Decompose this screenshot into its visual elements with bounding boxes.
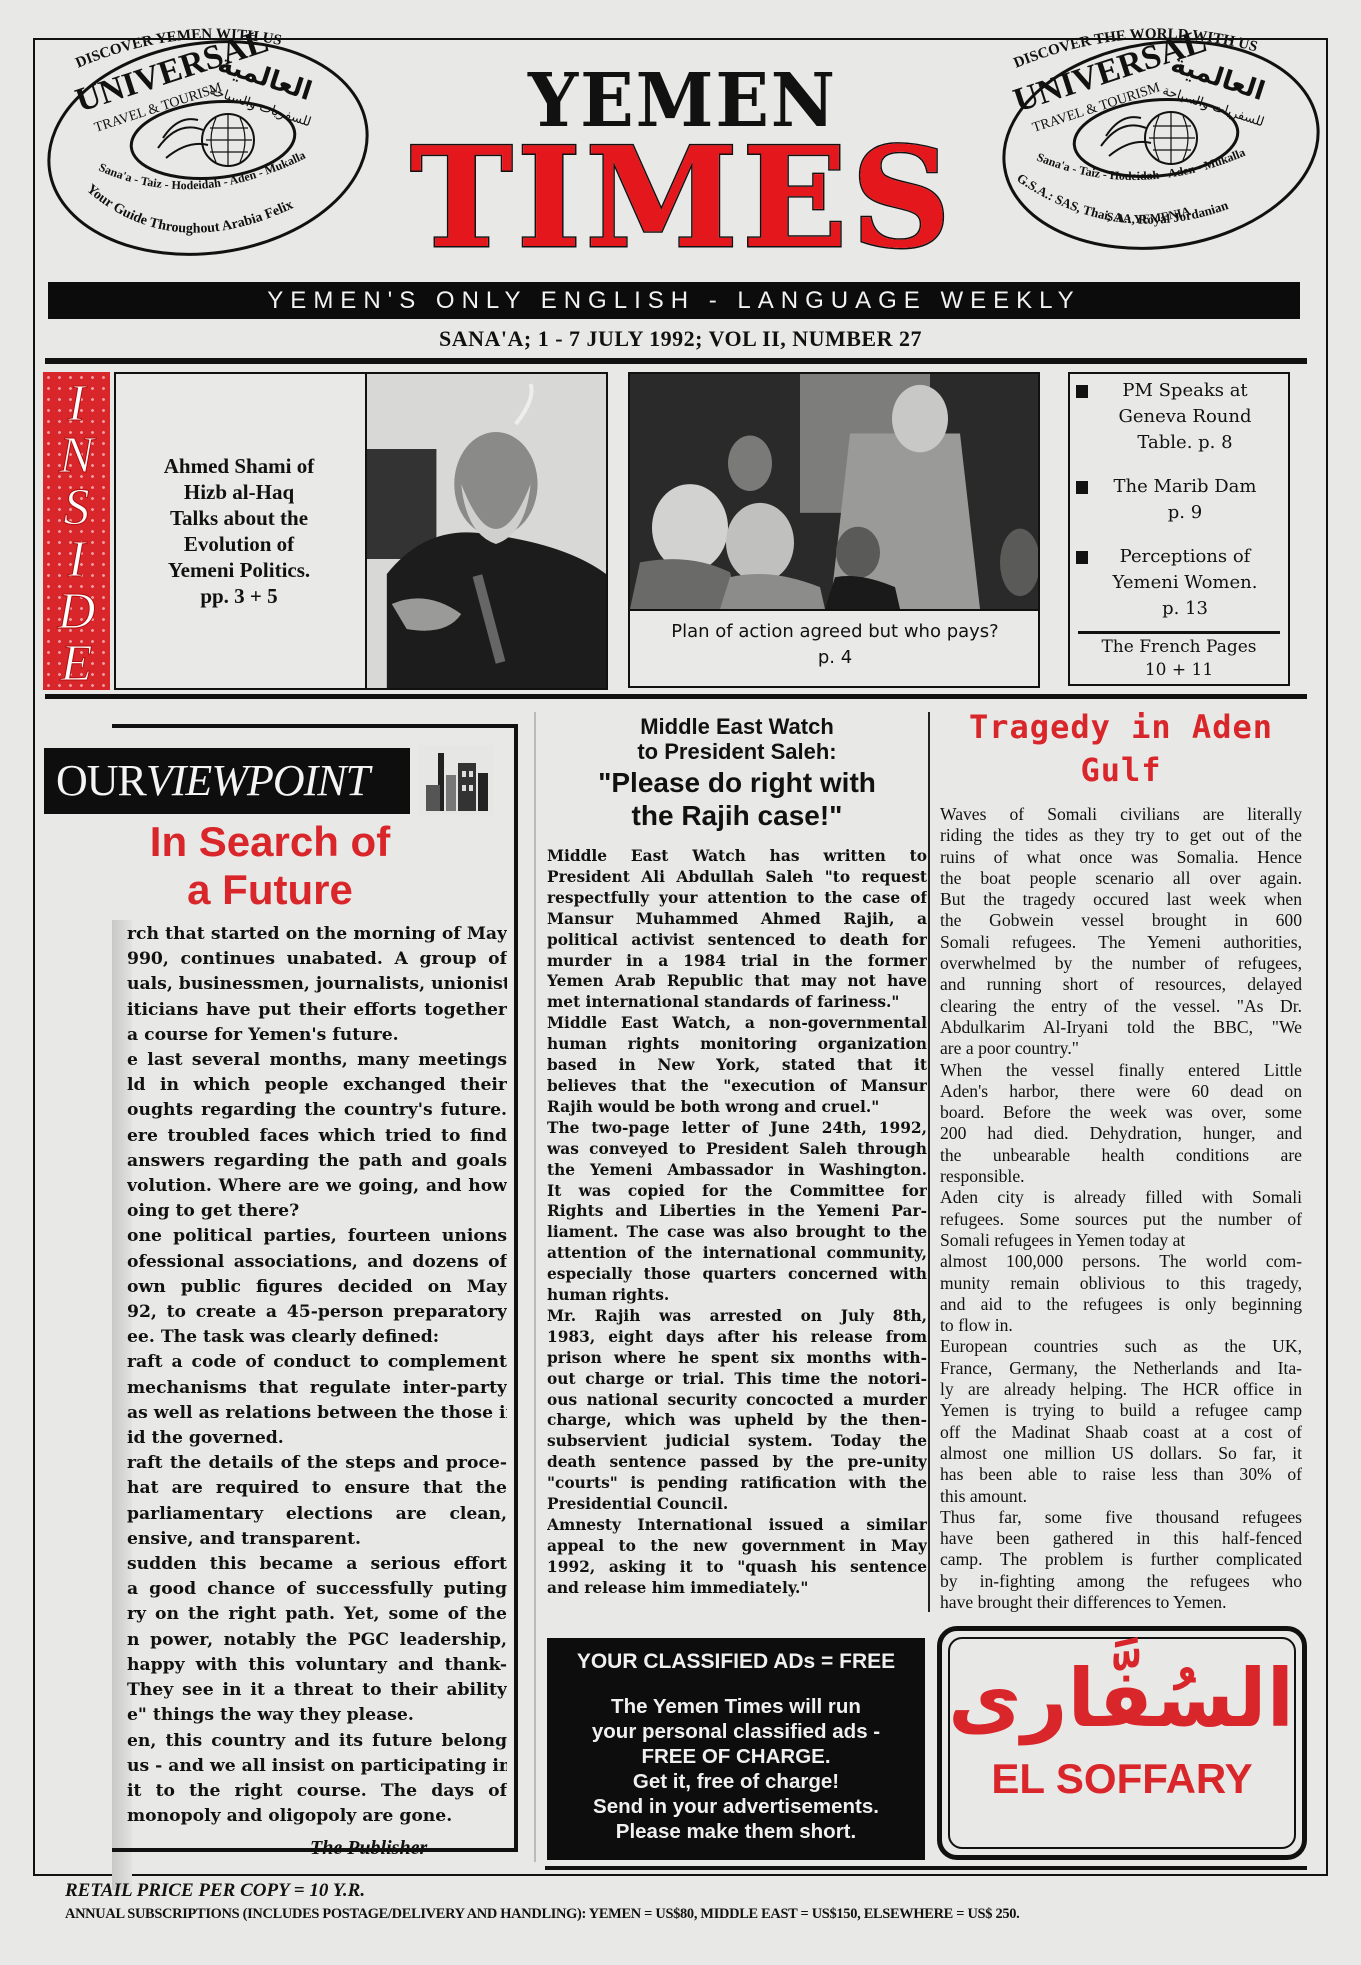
body-line: the unbearable health conditions are (940, 1145, 1302, 1166)
inside-label: I N S I D E (43, 372, 110, 690)
square-bullet-icon (1076, 385, 1088, 398)
body-line: hat are required to ensure that the (127, 1476, 507, 1501)
travel-logo-emblem-icon: DISCOVER YEMEN WITH US UNIVERSAL TRAVEL … (38, 20, 373, 260)
body-line: responsible. (940, 1166, 1302, 1187)
body-line: ee. The task was clearly defined: (127, 1325, 507, 1350)
toc-item[interactable]: PM Speaks at Geneva Round Table. p. 8 (1076, 378, 1282, 456)
body-line: murder in a 1984 trial in the former (547, 951, 927, 972)
soffary-latin-logo: EL SOFFARY (950, 1755, 1294, 1803)
svg-text:Sana'a - Taiz - Hodeidah - Ade: Sana'a - Taiz - Hodeidah - Aden - Mukall… (1035, 145, 1247, 183)
body-line: prison where he spent six months with- (547, 1348, 927, 1369)
body-line: the Gobwein vessel brought in 600 (940, 910, 1302, 931)
body-line: have brought their differences to Yemen. (940, 1592, 1302, 1613)
body-line: Presidential Council. (547, 1494, 927, 1515)
body-line: They see in it a threat to their ability (127, 1678, 507, 1703)
body-line: Rajih would be both wrong and cruel." (547, 1097, 927, 1118)
body-line: overwhelmed by the number of refugees, (940, 953, 1302, 974)
body-line: ruins of what once was Somalia. Hence (940, 847, 1302, 868)
section-divider (45, 694, 1307, 699)
body-line: Middle East Watch, a non-governmental (547, 1013, 927, 1034)
body-line: liament. The case was also brought to th… (547, 1222, 927, 1243)
photo-conference-group (630, 374, 1038, 611)
body-line: European countries such as the UK, (940, 1336, 1302, 1357)
toc-line: Yemeni Women. (1088, 570, 1282, 596)
toc-line: 10 + 11 (1078, 659, 1280, 682)
body-line: ly are already helping. The HCR office i… (940, 1379, 1302, 1400)
body-line: Abdulkarim Al-Iryani told the BBC, "We (940, 1017, 1302, 1038)
body-line: President Ali Abdullah Saleh "to request (547, 867, 927, 888)
body-line: attention of the international community… (547, 1243, 927, 1264)
classified-ads-promo: YOUR CLASSIFIED ADs = FREE The Yemen Tim… (547, 1638, 925, 1860)
article-body: Middle East Watch has written toPresiden… (547, 846, 927, 1599)
promo-line: Please make them short. (547, 1819, 925, 1844)
body-line: ensive, and transparent. (127, 1527, 507, 1552)
body-line: appeal to the new government in May (547, 1536, 927, 1557)
middle-east-watch-article: Middle East Watch to President Saleh: "P… (547, 714, 927, 1599)
body-line: e last several months, many meetings (127, 1048, 507, 1073)
body-line: Somali refugees. The Yemeni authorities, (940, 932, 1302, 953)
headline-line: Gulf (940, 749, 1302, 792)
teaser-line: Hizb al-Haq (164, 479, 315, 505)
subscription-rates: ANNUAL SUBSCRIPTIONS (INCLUDES POSTAGE/D… (65, 1906, 1019, 1923)
body-line: are a poor country." (940, 1038, 1302, 1059)
body-line: sudden this became a serious effort (127, 1552, 507, 1577)
body-line: Mansur Muhammed Ahmed Rajih, a (547, 909, 927, 930)
body-line: this amount. (940, 1486, 1302, 1507)
body-line: oughts regarding the country's future. (127, 1098, 507, 1123)
photo-ahmed-shami (365, 374, 606, 688)
body-line: especially those quarters concerned with (547, 1264, 927, 1285)
kicker-line: Middle East Watch (547, 714, 927, 739)
soffary-arabic-logo: السُفَّارى (950, 1643, 1294, 1755)
body-line: 92, to create a 45-person preparatory (127, 1300, 507, 1325)
body-line: Aden city is already filled with Somali (940, 1187, 1302, 1208)
column-divider (534, 712, 536, 1862)
body-line: n power, notably the PGC leadership, (127, 1628, 507, 1653)
toc-line: PM Speaks at (1088, 378, 1282, 404)
body-line: Yemen is trying to build a refugee camp (940, 1400, 1302, 1421)
tagline-text: YEMEN'S ONLY ENGLISH - LANGUAGE WEEKLY (267, 287, 1080, 315)
headline-line: a Future (100, 866, 440, 914)
teaser-line: Yemeni Politics. (164, 557, 315, 583)
promo-line: Get it, free of charge! (547, 1769, 925, 1794)
inside-letter: N (59, 430, 94, 482)
body-line: 1992, asking it to "quash his sentence (547, 1557, 927, 1578)
body-line: was conveyed to President Saleh through (547, 1139, 927, 1160)
body-line: ld in which people exchanged their (127, 1073, 507, 1098)
retail-price: RETAIL PRICE PER COPY = 10 Y.R. (65, 1880, 365, 1902)
body-line: "courts" is pending ratification with th… (547, 1473, 927, 1494)
body-line: ere troubled faces which tried to find (127, 1124, 507, 1149)
inside-table-of-contents: PM Speaks at Geneva Round Table. p. 8 Th… (1068, 372, 1290, 686)
body-line: iticians have put their efforts together (127, 998, 507, 1023)
body-line: and aid to the refugees is only beginnin… (940, 1294, 1302, 1315)
tragedy-aden-article: Tragedy in Aden Gulf Waves of Somali civ… (940, 706, 1302, 1613)
body-line: mechanisms that regulate inter-party (127, 1376, 507, 1401)
column-divider (928, 712, 930, 1612)
article-body: Waves of Somali civilians are literallyr… (940, 804, 1302, 1613)
promo-line: The Yemen Times will run (547, 1694, 925, 1719)
body-line: the Yemeni Ambassador in Washington. (547, 1160, 927, 1181)
toc-french-pages[interactable]: The French Pages 10 + 11 (1078, 631, 1280, 682)
body-line: death sentence passed by the pre-unity (547, 1452, 927, 1473)
article-kicker: Middle East Watch to President Saleh: (547, 714, 927, 764)
inside-letter: D (58, 586, 96, 638)
body-line: human rights monitoring organization (547, 1034, 927, 1055)
body-line: monopoly and oligopoly are gone. (127, 1804, 507, 1829)
svg-text:Sana'a - Taiz - Hodeidah - Ade: Sana'a - Taiz - Hodeidah - Aden - Mukall… (97, 148, 308, 192)
body-line: and running short of resources, delayed (940, 974, 1302, 995)
teaser-caption: Plan of action agreed but who pays? (632, 619, 1038, 645)
body-line: When the vessel finally entered Little (940, 1060, 1302, 1081)
body-line: rch that started on the morning of May (127, 922, 507, 947)
body-line: have been gathered in this half-fenced (940, 1528, 1302, 1549)
body-line: own public figures decided on May (127, 1275, 507, 1300)
square-bullet-icon (1076, 551, 1088, 564)
body-line: Mr. Rajih was arrested on July 8th, (547, 1306, 927, 1327)
body-line: a course for Yemen's future. (127, 1023, 507, 1048)
teaser-line: Ahmed Shami of (164, 453, 315, 479)
inside-letter: I (68, 378, 85, 430)
kicker-line: to President Saleh: (547, 739, 927, 764)
body-line: us - and we all insist on participating … (127, 1754, 507, 1779)
section-divider (45, 358, 1307, 364)
body-line: as well as relations between the those i… (127, 1401, 507, 1426)
viewpoint-body: rch that started on the morning of May99… (127, 922, 507, 1829)
viewpoint-banner: OURVIEWPOINT (44, 748, 410, 814)
body-line: parliamentary elections are clean, (127, 1502, 507, 1527)
body-line: Amnesty International issued a similar (547, 1515, 927, 1536)
body-line: But the tragedy occured last week when (940, 889, 1302, 910)
body-line: met international standards of fariness.… (547, 992, 927, 1013)
body-line: refugees. Some sources put the number of (940, 1209, 1302, 1230)
body-line: to flow in. (940, 1315, 1302, 1336)
body-line: subservient judicial system. Today the (547, 1431, 927, 1452)
el-soffary-ad: السُفَّارى EL SOFFARY (937, 1626, 1307, 1860)
body-line: one political parties, fourteen unions (127, 1224, 507, 1249)
body-line: ous national security concocted a murder (547, 1390, 927, 1411)
body-line: clearing the entry of the vessel. "As Dr… (940, 996, 1302, 1017)
toc-line: Geneva Round (1088, 404, 1282, 430)
body-line: human rights. (547, 1285, 927, 1306)
headline-line: In Search of (100, 818, 440, 866)
body-line: charge, which was upheld by the then- (547, 1410, 927, 1431)
square-bullet-icon (1076, 481, 1088, 494)
body-line: out charge or trial. This time the notor… (547, 1369, 927, 1390)
body-line: off the Madinat Shaab coast at a cost of (940, 1422, 1302, 1443)
body-line: happy with this voluntary and thank- (127, 1653, 507, 1678)
body-line: camp. The problem is further complicated (940, 1549, 1302, 1570)
masthead: YEMEN TIMES (405, 40, 960, 280)
body-line: oing to get there? (127, 1199, 507, 1224)
section-divider (545, 1866, 1307, 1870)
body-line: Middle East Watch has written to (547, 846, 927, 867)
toc-line: p. 13 (1088, 596, 1282, 622)
body-line: 200 had died. Dehydration, hunger, and (940, 1123, 1302, 1144)
promo-header: YOUR CLASSIFIED ADs = FREE (547, 1650, 925, 1674)
body-line: Aden's harbor, there were 60 dead on (940, 1081, 1302, 1102)
body-line: 1983, eight days after his release from (547, 1327, 927, 1348)
body-line: the boat people scenario all over again. (940, 868, 1302, 889)
toc-line: p. 9 (1088, 500, 1282, 526)
body-line: respectfully your attention to the case … (547, 888, 927, 909)
body-line: munity remain oblivious to this tragedy, (940, 1273, 1302, 1294)
building-sketch-icon (418, 745, 493, 815)
toc-line: Perceptions of (1088, 544, 1282, 570)
article-headline: "Please do right with the Rajih case!" (547, 766, 927, 832)
body-line: a good chance of successfully puting (127, 1577, 507, 1602)
body-line: Somali refugees in Yemen today at (940, 1230, 1302, 1251)
body-line: almost one million US dollars. So far, i… (940, 1443, 1302, 1464)
body-line: it to the right course. The days of (127, 1779, 507, 1804)
body-line: e" things the way they please. (127, 1703, 507, 1728)
body-line: en, this country and its future belong (127, 1729, 507, 1754)
body-line: political activist sentenced to death fo… (547, 930, 927, 951)
universal-travel-ad-left: DISCOVER YEMEN WITH US UNIVERSAL TRAVEL … (38, 20, 373, 260)
banner-text-viewpoint: VIEWPOINT (146, 756, 369, 805)
headline-line: Tragedy in Aden (940, 706, 1302, 749)
toc-line: The French Pages (1078, 636, 1280, 659)
issue-date-line: SANA'A; 1 - 7 JULY 1992; VOL II, NUMBER … (0, 326, 1361, 352)
teaser-line: Talks about the (164, 505, 315, 531)
body-line: almost 100,000 persons. The world com- (940, 1251, 1302, 1272)
body-line: Rights and Liberties in the Yemeni Par- (547, 1201, 927, 1222)
headline-line: the Rajih case!" (547, 799, 927, 832)
viewpoint-signature: The Publisher (310, 1837, 427, 1860)
body-line: volution. Where are we going, and how (127, 1174, 507, 1199)
body-line: 990, continues unabated. A group of (127, 947, 507, 972)
body-line: by in-fighting among the refugees who (940, 1571, 1302, 1592)
tagline-bar: YEMEN'S ONLY ENGLISH - LANGUAGE WEEKLY (48, 282, 1300, 319)
body-line: raft the details of the steps and proce- (127, 1451, 507, 1476)
article-headline: Tragedy in Aden Gulf (940, 706, 1302, 792)
body-line: answers regarding the path and goals (127, 1149, 507, 1174)
masthead-title-times: TIMES (405, 118, 960, 278)
toc-item[interactable]: Perceptions of Yemeni Women. p. 13 (1076, 544, 1282, 622)
inside-letter: E (61, 638, 93, 690)
inside-story-2-teaser[interactable]: Plan of action agreed but who pays? p. 4 (632, 613, 1038, 685)
body-line: ry on the right path. Yet, some of the (127, 1602, 507, 1627)
banner-text-our: OUR (56, 756, 146, 805)
headline-line: "Please do right with (547, 766, 927, 799)
body-line: believes that the "execution of Mansur (547, 1076, 927, 1097)
body-line: Thus far, some five thousand refugees (940, 1507, 1302, 1528)
inside-story-1-teaser[interactable]: Ahmed Shami of Hizb al-Haq Talks about t… (118, 372, 360, 690)
universal-travel-ad-right: DISCOVER THE WORLD WITH US UNIVERSAL TRA… (996, 20, 1331, 260)
body-line: based in New York, stated that it (547, 1055, 927, 1076)
body-line: France, Germany, the Netherlands and Ita… (940, 1358, 1302, 1379)
promo-line: Send in your advertisements. (547, 1794, 925, 1819)
travel-logo-emblem-icon: DISCOVER THE WORLD WITH US UNIVERSAL TRA… (996, 20, 1331, 260)
body-line: has been able to raise less than 30% of (940, 1464, 1302, 1485)
toc-item[interactable]: The Marib Dam p. 9 (1076, 474, 1282, 526)
inside-letter: S (64, 482, 90, 534)
body-line: board. Before the week was over, some (940, 1102, 1302, 1123)
body-line: Yemen Arab Republic that may not have (547, 971, 927, 992)
viewpoint-headline: In Search of a Future (100, 818, 440, 914)
body-line: uals, businessmen, journalists, unionist… (127, 972, 507, 997)
body-line: raft a code of conduct to complement (127, 1350, 507, 1375)
body-line: The two-page letter of June 24th, 1992, (547, 1118, 927, 1139)
body-line: riding the tides as they try to get out … (940, 825, 1302, 846)
body-line: ofessional associations, and dozens of (127, 1250, 507, 1275)
promo-line: your personal classified ads - (547, 1719, 925, 1744)
promo-line: FREE OF CHARGE. (547, 1744, 925, 1769)
teaser-page-ref: pp. 3 + 5 (164, 583, 315, 609)
teaser-line: Evolution of (164, 531, 315, 557)
toc-line: Table. p. 8 (1088, 430, 1282, 456)
inside-letter: I (68, 534, 85, 586)
body-line: id the governed. (127, 1426, 507, 1451)
body-line: Waves of Somali civilians are literally (940, 804, 1302, 825)
body-line: It was copied for the Committee for (547, 1181, 927, 1202)
body-line: and release him immediately." (547, 1578, 927, 1599)
teaser-page-ref: p. 4 (632, 645, 1038, 671)
toc-line: The Marib Dam (1088, 474, 1282, 500)
